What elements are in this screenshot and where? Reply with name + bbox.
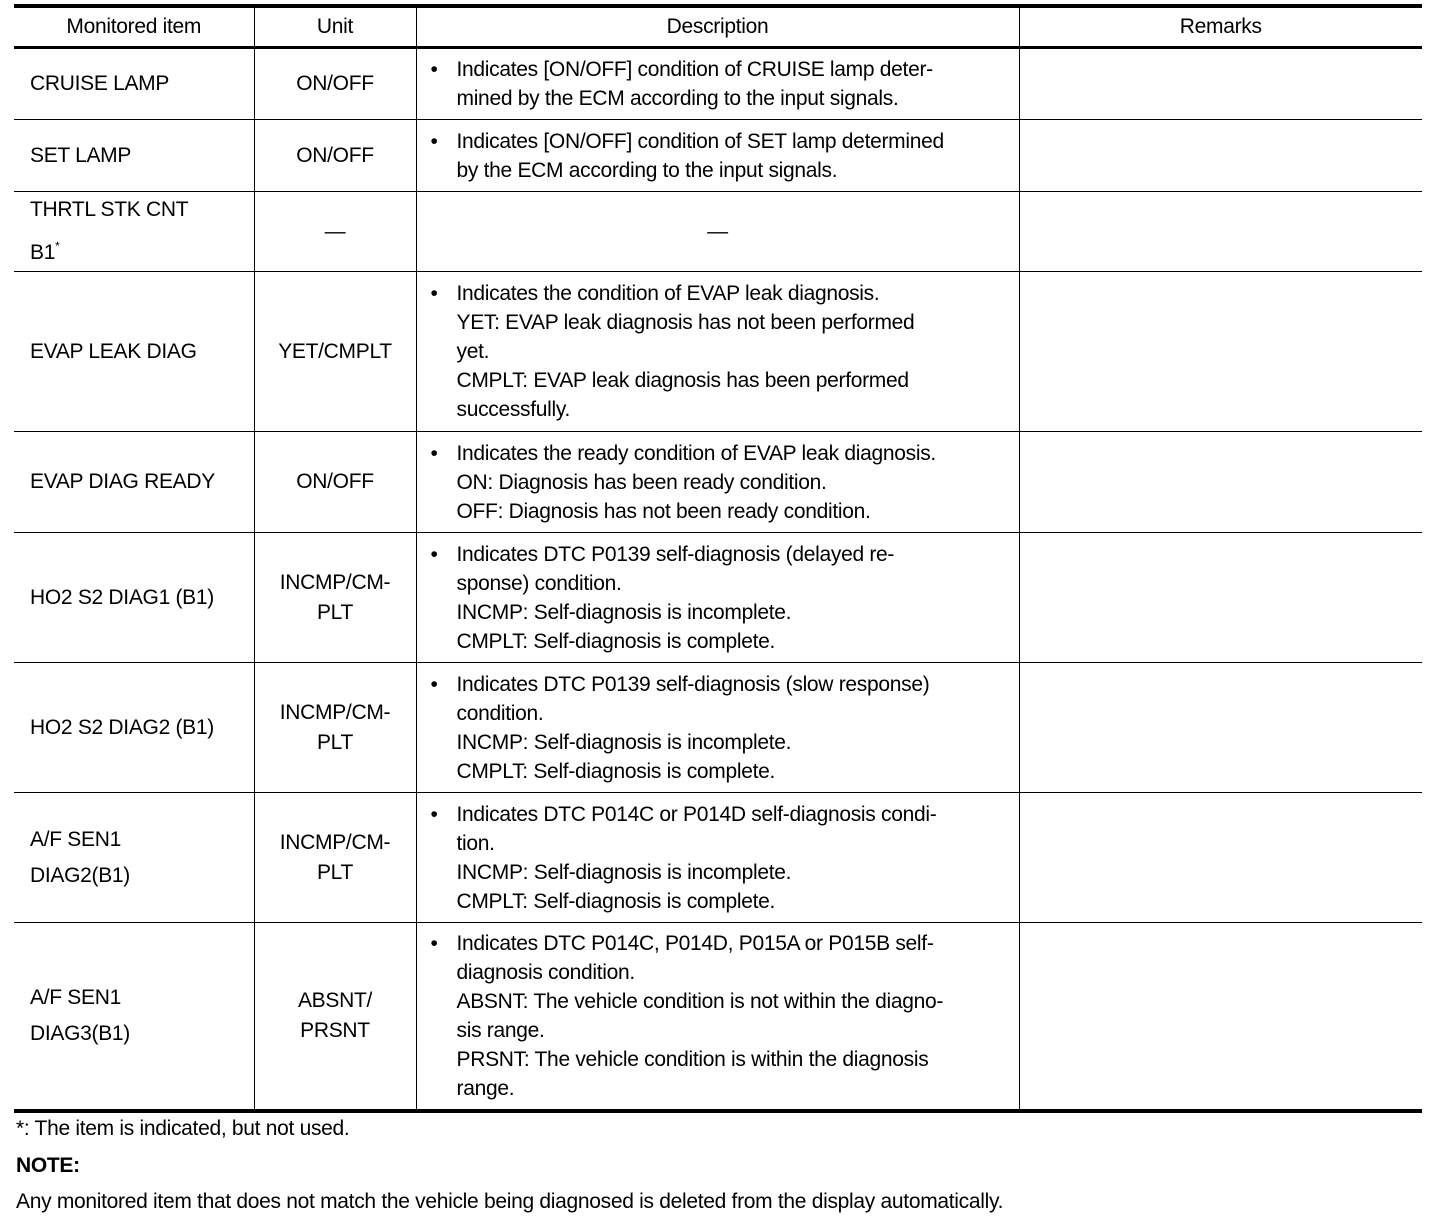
remarks-cell: [1019, 432, 1422, 533]
unit-cell: YET/CMPLT: [254, 272, 416, 432]
cell-line: by the ECM according to the input signal…: [457, 156, 1013, 185]
table-row: HO2 S2 DIAG2 (B1)INCMP/CM-PLT•Indicates …: [14, 663, 1422, 793]
cell-line: —: [255, 217, 416, 247]
cell-line: Indicates DTC P014C, P014D, P015A or P01…: [457, 929, 1013, 958]
cell-line: Indicates DTC P0139 self-diagnosis (dela…: [457, 540, 1013, 569]
cell-line: CMPLT: Self-diagnosis is complete.: [457, 627, 1013, 656]
unit-cell: INCMP/CM-PLT: [254, 793, 416, 923]
cell-line: PLT: [255, 728, 416, 758]
description-cell: •Indicates the ready condition of EVAP l…: [416, 432, 1019, 533]
cell-line: sis range.: [457, 1016, 1013, 1045]
header-remarks: Remarks: [1019, 6, 1422, 48]
cell-line: condition.: [457, 699, 1013, 728]
cell-line: CRUISE LAMP: [30, 66, 254, 102]
cell-line: EVAP DIAG READY: [30, 464, 254, 500]
bullet-icon: •: [431, 800, 457, 916]
cell-line: INCMP/CM-: [255, 828, 416, 858]
cell-line: INCMP/CM-: [255, 698, 416, 728]
cell-line: Indicates DTC P0139 self-diagnosis (slow…: [457, 670, 1013, 699]
cell-line: A/F SEN1: [30, 980, 254, 1016]
remarks-cell: [1019, 533, 1422, 663]
cell-line: PLT: [255, 598, 416, 628]
monitored-item-cell: EVAP DIAG READY: [14, 432, 254, 533]
description-cell: •Indicates the condition of EVAP leak di…: [416, 272, 1019, 432]
footnote: *: The item is indicated, but not used.: [16, 1117, 349, 1141]
bullet-icon: •: [431, 929, 457, 1103]
description-cell: •Indicates DTC P0139 self-diagnosis (del…: [416, 533, 1019, 663]
unit-cell: INCMP/CM-PLT: [254, 533, 416, 663]
cell-line: EVAP LEAK DIAG: [30, 334, 254, 370]
cell-line: Indicates [ON/OFF] condition of SET lamp…: [457, 127, 1013, 156]
table-row: EVAP DIAG READYON/OFF•Indicates the read…: [14, 432, 1422, 533]
table-row: THRTL STK CNTB1*——: [14, 192, 1422, 272]
cell-line: HO2 S2 DIAG1 (B1): [30, 580, 254, 616]
cell-line: YET/CMPLT: [255, 337, 416, 367]
table-row: EVAP LEAK DIAGYET/CMPLT•Indicates the co…: [14, 272, 1422, 432]
monitored-item-cell: A/F SEN1DIAG3(B1): [14, 923, 254, 1111]
cell-line: ON/OFF: [255, 69, 416, 99]
remarks-cell: [1019, 272, 1422, 432]
unit-cell: INCMP/CM-PLT: [254, 663, 416, 793]
header-unit: Unit: [254, 6, 416, 48]
cell-line: CMPLT: Self-diagnosis is complete.: [457, 887, 1013, 916]
cell-line: DIAG3(B1): [30, 1016, 254, 1052]
note-text: Any monitored item that does not match t…: [16, 1190, 1003, 1214]
monitored-item-cell: CRUISE LAMP: [14, 48, 254, 120]
bullet-icon: •: [431, 670, 457, 786]
monitored-item-cell: HO2 S2 DIAG2 (B1): [14, 663, 254, 793]
cell-line: Indicates the ready condition of EVAP le…: [457, 439, 1013, 468]
remarks-cell: [1019, 48, 1422, 120]
bullet-icon: •: [431, 127, 457, 185]
cell-line: successfully.: [457, 395, 1013, 424]
cell-line: yet.: [457, 337, 1013, 366]
remarks-cell: [1019, 663, 1422, 793]
remarks-cell: [1019, 923, 1422, 1111]
cell-line: OFF: Diagnosis has not been ready condit…: [457, 497, 1013, 526]
cell-line: INCMP: Self-diagnosis is incomplete.: [457, 858, 1013, 887]
monitored-item-cell: SET LAMP: [14, 120, 254, 192]
unit-cell: —: [254, 192, 416, 272]
monitored-item-cell: HO2 S2 DIAG1 (B1): [14, 533, 254, 663]
cell-line: A/F SEN1: [30, 822, 254, 858]
table-row: A/F SEN1DIAG3(B1)ABSNT/PRSNT•Indicates D…: [14, 923, 1422, 1111]
cell-line: YET: EVAP leak diagnosis has not been pe…: [457, 308, 1013, 337]
cell-line: range.: [457, 1074, 1013, 1103]
cell-line: B1*: [30, 228, 254, 271]
note-label: NOTE:: [16, 1154, 80, 1178]
table-row: CRUISE LAMPON/OFF•Indicates [ON/OFF] con…: [14, 48, 1422, 120]
cell-line: INCMP/CM-: [255, 568, 416, 598]
cell-line: PLT: [255, 858, 416, 888]
cell-line: diagnosis condition.: [457, 958, 1013, 987]
cell-line: CMPLT: EVAP leak diagnosis has been perf…: [457, 366, 1013, 395]
description-cell: •Indicates DTC P014C, P014D, P015A or P0…: [416, 923, 1019, 1111]
footnote-marker: *: [55, 239, 59, 253]
table-row: SET LAMPON/OFF•Indicates [ON/OFF] condit…: [14, 120, 1422, 192]
bullet-icon: •: [431, 540, 457, 656]
table-header-row: Monitored item Unit Description Remarks: [14, 6, 1422, 48]
table-body: CRUISE LAMPON/OFF•Indicates [ON/OFF] con…: [14, 48, 1422, 1111]
monitored-item-cell: A/F SEN1DIAG2(B1): [14, 793, 254, 923]
description-cell: •Indicates DTC P0139 self-diagnosis (slo…: [416, 663, 1019, 793]
cell-line: Indicates [ON/OFF] condition of CRUISE l…: [457, 55, 1013, 84]
cell-line: —: [417, 217, 1019, 246]
description-cell: —: [416, 192, 1019, 272]
description-cell: •Indicates DTC P014C or P014D self-diagn…: [416, 793, 1019, 923]
cell-line: PRSNT: The vehicle condition is within t…: [457, 1045, 1013, 1074]
cell-line: ON/OFF: [255, 141, 416, 171]
monitored-items-table: Monitored item Unit Description Remarks …: [14, 4, 1422, 1113]
table-row: A/F SEN1DIAG2(B1)INCMP/CM-PLT•Indicates …: [14, 793, 1422, 923]
cell-line: INCMP: Self-diagnosis is incomplete.: [457, 728, 1013, 757]
monitored-item-cell: EVAP LEAK DIAG: [14, 272, 254, 432]
cell-line: ABSNT/: [255, 986, 416, 1016]
cell-line: SET LAMP: [30, 138, 254, 174]
cell-line: sponse) condition.: [457, 569, 1013, 598]
cell-line: THRTL STK CNT: [30, 192, 254, 228]
unit-cell: ON/OFF: [254, 432, 416, 533]
cell-line: ON/OFF: [255, 467, 416, 497]
remarks-cell: [1019, 192, 1422, 272]
unit-cell: ABSNT/PRSNT: [254, 923, 416, 1111]
cell-line: Indicates DTC P014C or P014D self-diagno…: [457, 800, 1013, 829]
cell-line: INCMP: Self-diagnosis is incomplete.: [457, 598, 1013, 627]
remarks-cell: [1019, 120, 1422, 192]
table-row: HO2 S2 DIAG1 (B1)INCMP/CM-PLT•Indicates …: [14, 533, 1422, 663]
cell-line: DIAG2(B1): [30, 858, 254, 894]
header-monitored-item: Monitored item: [14, 6, 254, 48]
cell-line: tion.: [457, 829, 1013, 858]
cell-line: ABSNT: The vehicle condition is not with…: [457, 987, 1013, 1016]
header-description: Description: [416, 6, 1019, 48]
unit-cell: ON/OFF: [254, 120, 416, 192]
bullet-icon: •: [431, 55, 457, 113]
remarks-cell: [1019, 793, 1422, 923]
cell-line: Indicates the condition of EVAP leak dia…: [457, 279, 1013, 308]
cell-line: CMPLT: Self-diagnosis is complete.: [457, 757, 1013, 786]
description-cell: •Indicates [ON/OFF] condition of SET lam…: [416, 120, 1019, 192]
monitored-item-cell: THRTL STK CNTB1*: [14, 192, 254, 272]
bullet-icon: •: [431, 279, 457, 424]
cell-line: ON: Diagnosis has been ready condition.: [457, 468, 1013, 497]
cell-line: mined by the ECM according to the input …: [457, 84, 1013, 113]
bullet-icon: •: [431, 439, 457, 526]
unit-cell: ON/OFF: [254, 48, 416, 120]
cell-line: HO2 S2 DIAG2 (B1): [30, 710, 254, 746]
cell-line: PRSNT: [255, 1016, 416, 1046]
description-cell: •Indicates [ON/OFF] condition of CRUISE …: [416, 48, 1019, 120]
